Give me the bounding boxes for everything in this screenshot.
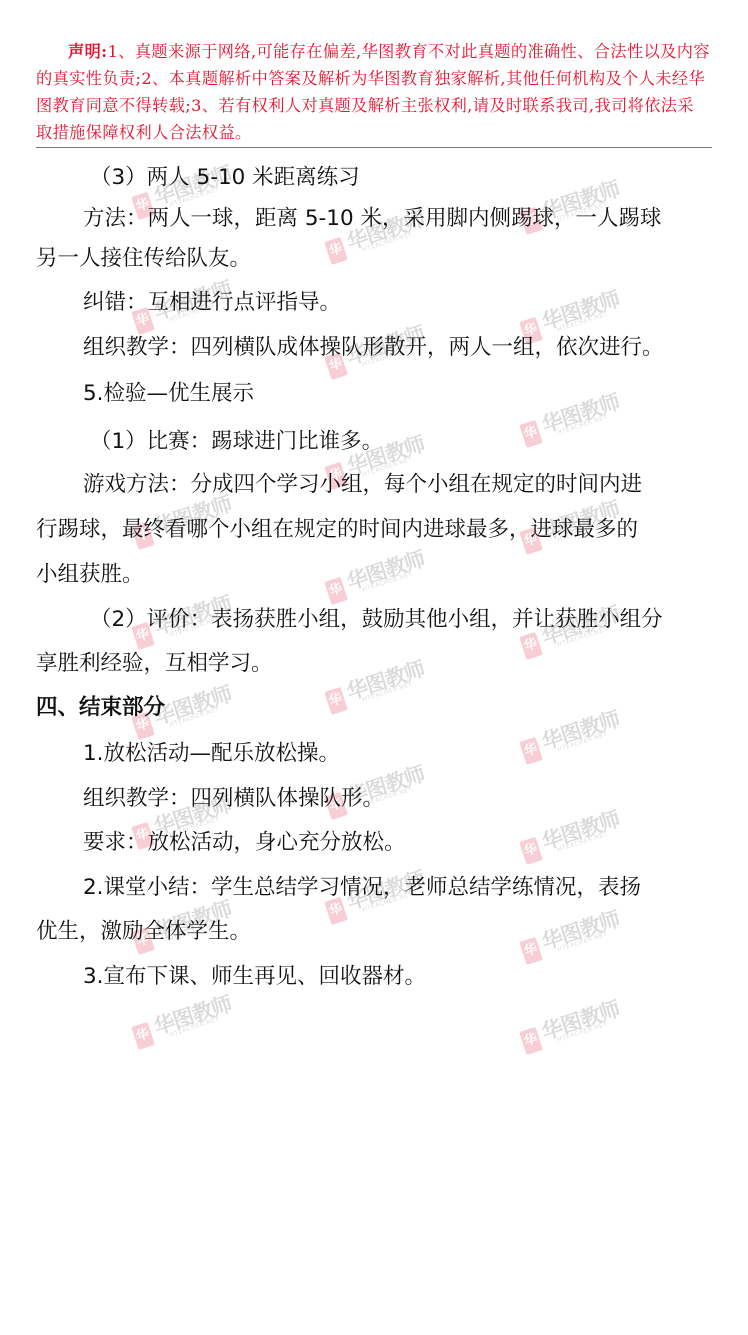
paragraph: 方法：两人一球，距离 5-10 米，采用脚内侧踢球，一人踢球 [83,205,661,233]
watermark-logo: 华华图教师HTEACHER.NET [517,897,643,972]
paragraph: 另一人接住传给队友。 [36,245,251,273]
watermark-logo: 华华图教师HTEACHER.NET [129,982,255,1057]
paragraph: 2.课堂小结：学生总结学习情况，老师总结学练情况，表扬 [83,874,641,902]
disclaimer-line: 声明:1、真题来源于网络,可能存在偏差,华图教育不对此真题的准确性、合法性以及内… [36,38,712,65]
watermark-logo: 华华图教师HTEACHER.NET [322,537,448,612]
paragraph: （1）比赛：踢球进门比谁多。 [90,428,383,456]
paragraph: 3.宣布下课、师生再见、回收器材。 [83,963,426,991]
paragraph: 优生，激励全体学生。 [36,918,251,946]
paragraph: 小组获胜。 [36,561,144,589]
disclaimer-label: 声明: [68,42,108,61]
watermark-logo: 华华图教师HTEACHER.NET [322,647,448,722]
watermark-logo: 华华图教师HTEACHER.NET [517,380,643,455]
drill3-title: （3）两人 5-10 米距离练习 [90,164,360,192]
paragraph: 纠错：互相进行点评指导。 [83,289,341,317]
paragraph: 组织教学：四列横队成体操队形散开，两人一组，依次进行。 [83,334,664,362]
paragraph: 游戏方法：分成四个学习小组，每个小组在规定的时间内进 [83,471,642,499]
paragraph: 组织教学：四列横队体操队形。 [83,785,384,813]
header-divider [36,147,712,148]
paragraph: 1.放松活动—配乐放松操。 [83,740,340,768]
watermark-logo: 华华图教师HTEACHER.NET [517,797,643,872]
watermark-logo: 华华图教师HTEACHER.NET [517,697,643,772]
paragraph: 要求：放松活动，身心充分放松。 [83,829,406,857]
paragraph: 享胜利经验，互相学习。 [36,650,273,678]
paragraph: （2）评价：表扬获胜小组，鼓励其他小组，并让获胜小组分 [90,606,663,634]
disclaimer-line: 图教育同意不得转载;3、若有权利人对真题及解析主张权利,请及时联系我司,我司将依… [36,92,712,119]
section-title: 5.检验—优生展示 [83,380,254,408]
disclaimer-line: 的真实性负责;2、本真题解析中答案及解析为华图教育独家解析,其他任何机构及个人未… [36,65,712,92]
disclaimer: 声明:1、真题来源于网络,可能存在偏差,华图教育不对此真题的准确性、合法性以及内… [36,38,712,146]
watermark-logo: 华华图教师HTEACHER.NET [517,987,643,1062]
disclaimer-line: 取措施保障权利人合法权益。 [36,119,712,146]
paragraph: 行踢球，最终看哪个小组在规定的时间内进球最多，进球最多的 [36,516,638,544]
section-heading: 四、结束部分 [36,694,165,722]
disclaimer-text: 1、真题来源于网络,可能存在偏差,华图教育不对此真题的准确性、合法性以及内容 [108,42,710,61]
